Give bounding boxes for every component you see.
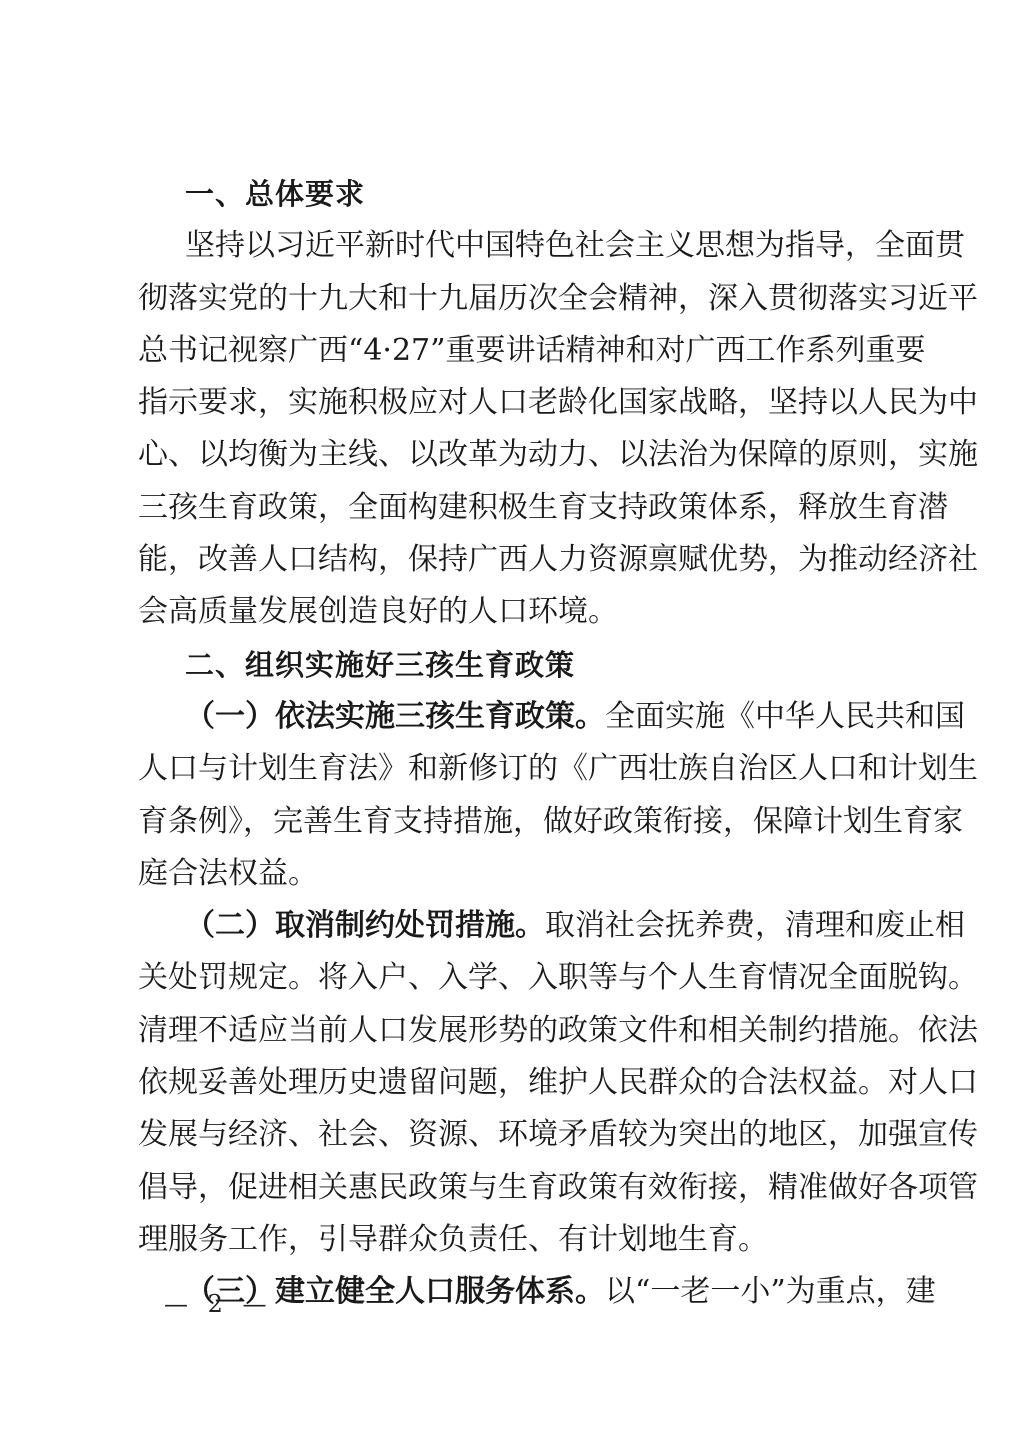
paragraph-text: 以“一老一小”为重点，建 — [605, 1274, 936, 1309]
subsection-2-first-line: （二）取消制约处罚措施。取消社会抚养费，清理和废止相 — [138, 900, 890, 952]
paragraph-line: 倡导，促进相关惠民政策与生育政策有效衔接，精准做好各项管 — [138, 1162, 890, 1214]
paragraph-line: 总书记视察广西“4·27”重要讲话精神和对广西工作系列重要 — [138, 325, 890, 377]
paragraph-line: 依规妥善处理历史遗留问题，维护人民群众的合法权益。对人口 — [138, 1057, 890, 1109]
paragraph-line: 三孩生育政策，全面构建积极生育支持政策体系，释放生育潜 — [138, 482, 890, 534]
section-heading-2: 二、组织实施好三孩生育政策 — [138, 639, 890, 691]
paragraph-line: 理服务工作，引导群众负责任、有计划地生育。 — [138, 1214, 890, 1266]
paragraph-line: 育条例》，完善生育支持措施，做好政策衔接，保障计划生育家 — [138, 796, 890, 848]
subsection-1-first-line: （一）依法实施三孩生育政策。全面实施《中华人民共和国 — [138, 691, 890, 743]
paragraph-line: 发展与经济、社会、资源、环境矛盾较为突出的地区，加强宣传 — [138, 1109, 890, 1161]
paragraph-line: 人口与计划生育法》和新修订的《广西壮族自治区人口和计划生 — [138, 743, 890, 795]
paragraph-line: 关处罚规定。将入户、入学、入职等与个人生育情况全面脱钩。 — [138, 952, 890, 1004]
document-page: 一、总体要求 坚持以习近平新时代中国特色社会主义思想为指导，全面贯 彻落实党的十… — [138, 168, 890, 1319]
paragraph-line: 能，改善人口结构，保持广西人力资源禀赋优势，为推动经济社 — [138, 534, 890, 586]
paragraph-line: 心、以均衡为主线、以改革为动力、以法治为保障的原则，实施 — [138, 429, 890, 481]
page-number: — 2 — — [164, 1290, 273, 1318]
paragraph-line: 会高质量发展创造良好的人口环境。 — [138, 586, 890, 638]
paragraph-line: 彻落实党的十九大和十九届历次全会精神，深入贯彻落实习近平 — [138, 273, 890, 325]
subsection-lead: （二）取消制约处罚措施。 — [185, 908, 545, 943]
subsection-lead: （一）依法实施三孩生育政策。 — [185, 699, 605, 734]
paragraph-text: 取消社会抚养费，清理和废止相 — [545, 908, 965, 943]
paragraph-line: 清理不适应当前人口发展形势的政策文件和相关制约措施。依法 — [138, 1005, 890, 1057]
paragraph-line: 坚持以习近平新时代中国特色社会主义思想为指导，全面贯 — [138, 220, 890, 272]
paragraph-line: 指示要求，实施积极应对人口老龄化国家战略，坚持以人民为中 — [138, 377, 890, 429]
paragraph-text: 全面实施《中华人民共和国 — [605, 699, 965, 734]
section-heading-1: 一、总体要求 — [138, 168, 890, 220]
paragraph-line: 庭合法权益。 — [138, 848, 890, 900]
